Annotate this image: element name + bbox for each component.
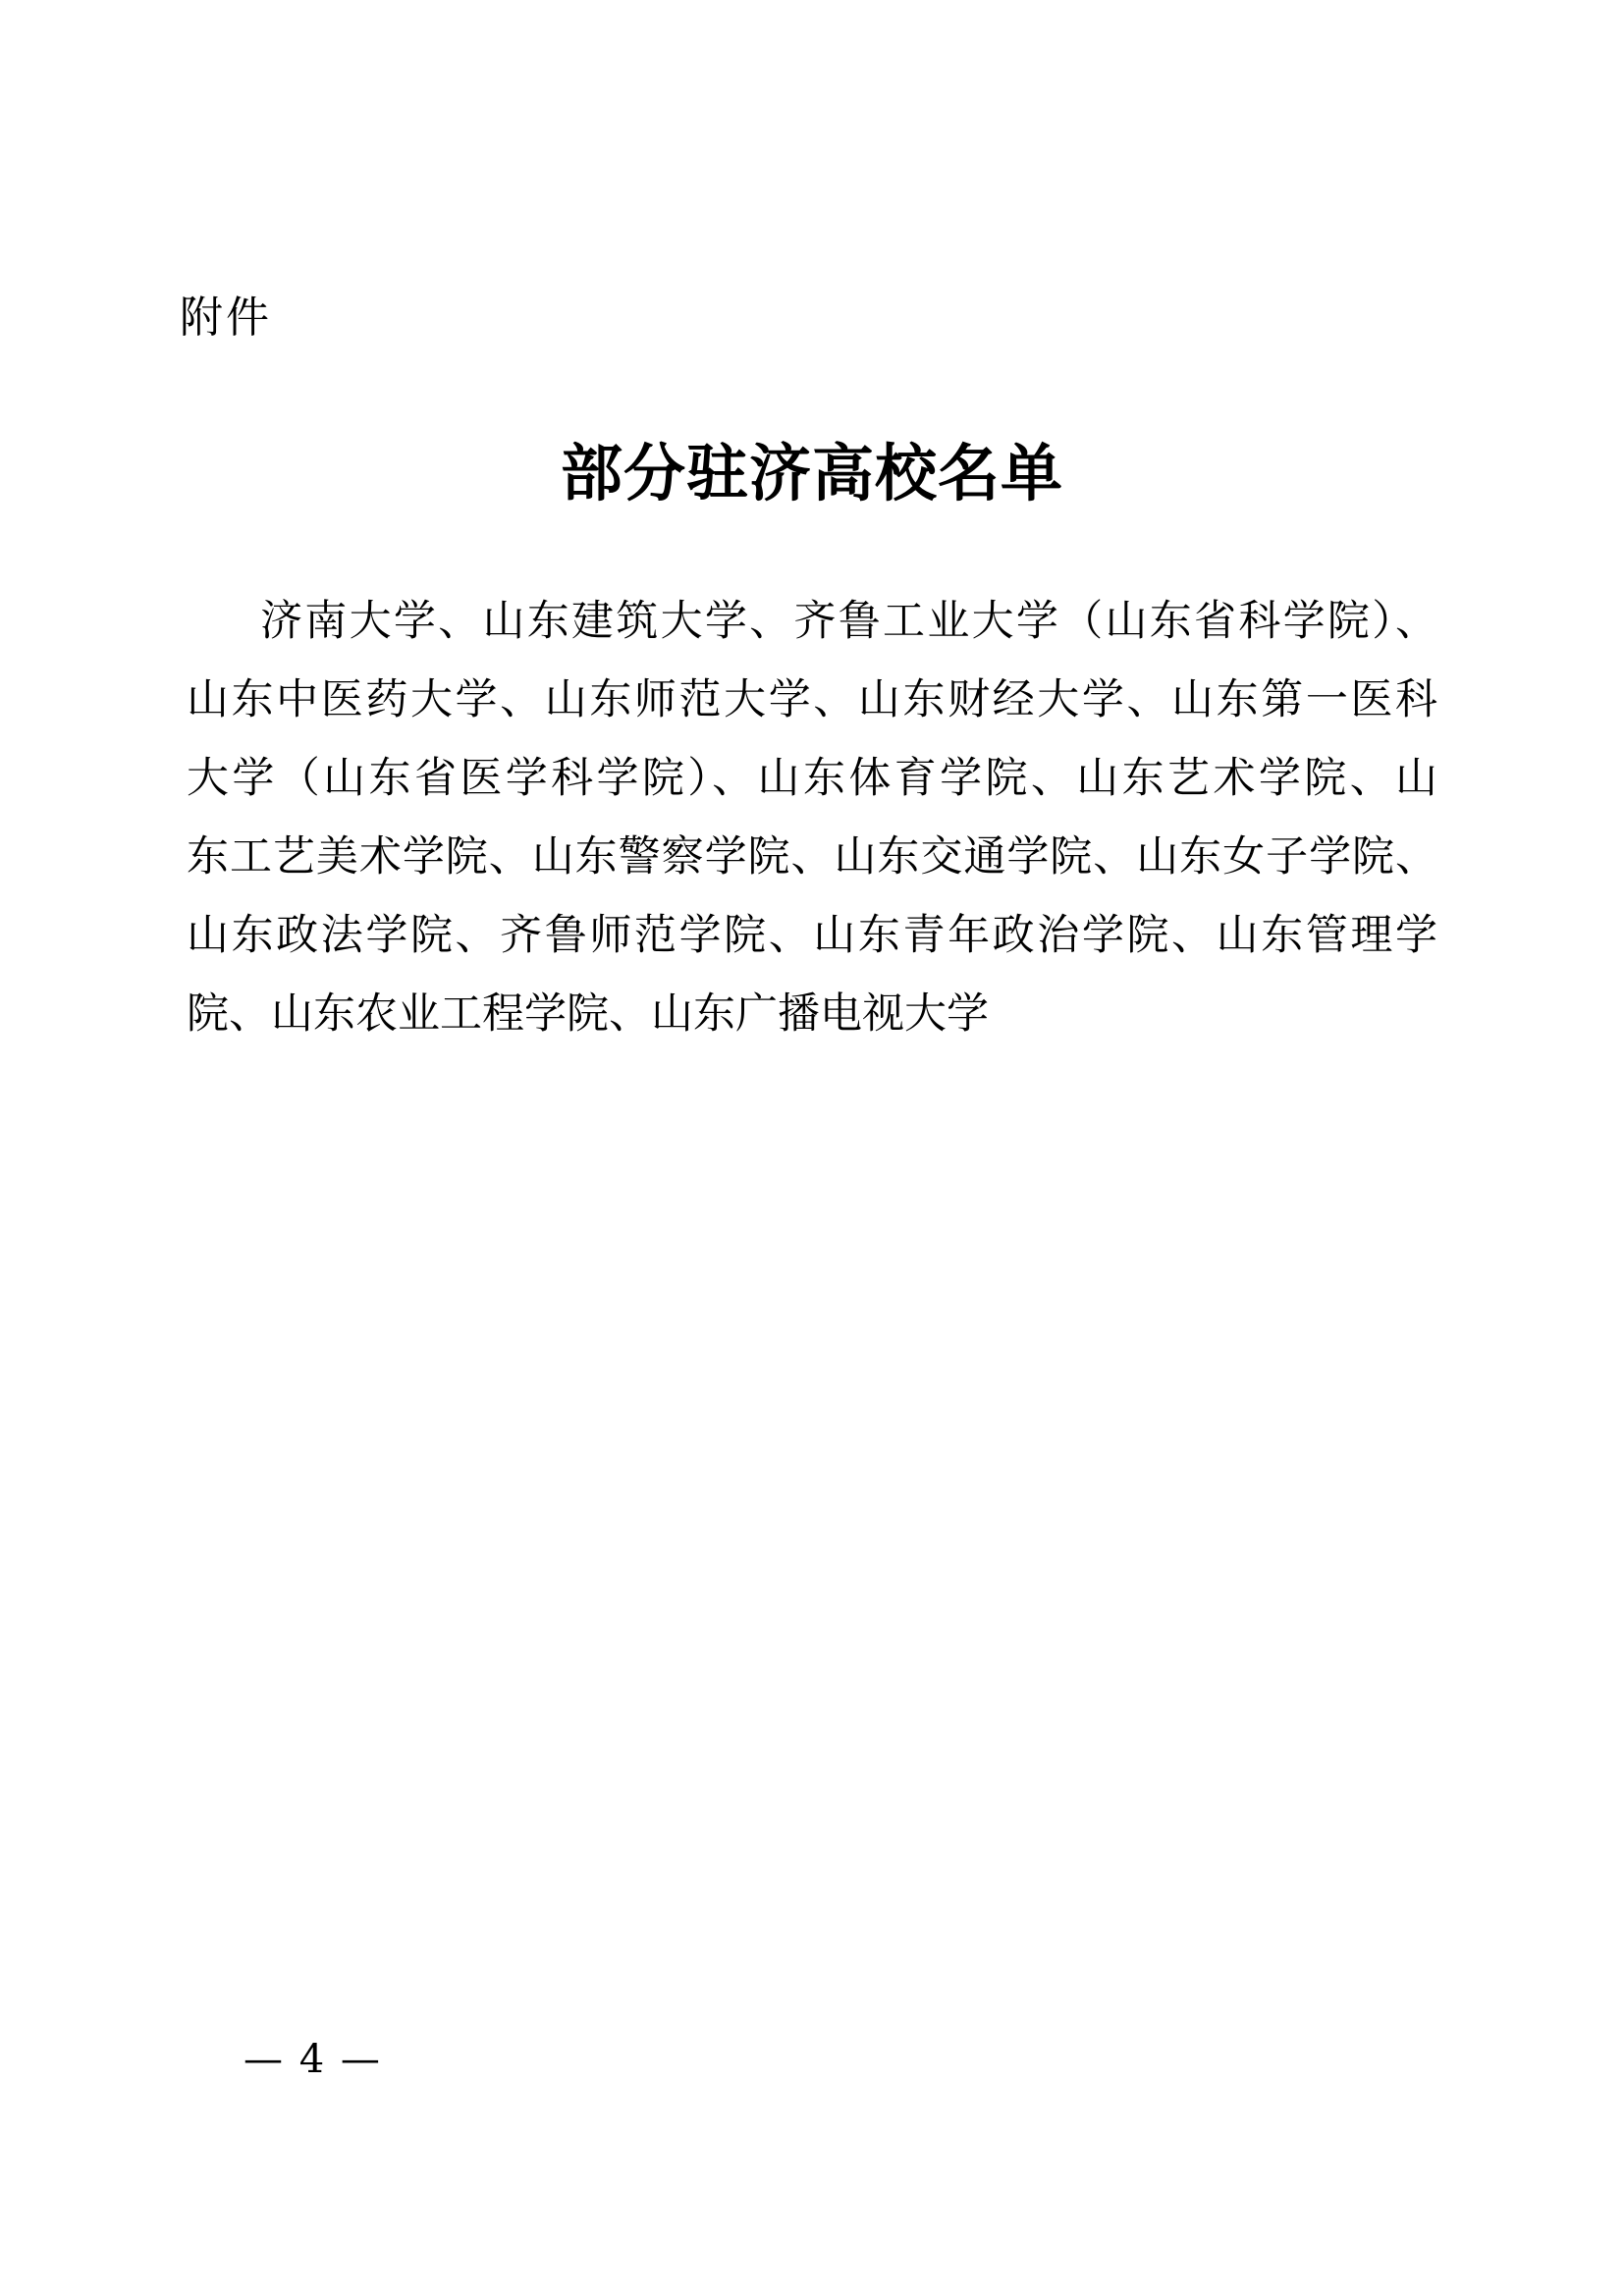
body-line: 东工艺美术学院、山东警察学院、山东交通学院、山东女子学院、 bbox=[187, 818, 1437, 896]
body-line: 山东政法学院、齐鲁师范学院、山东青年政治学院、山东管理学 bbox=[187, 896, 1437, 975]
body-line: 大学（山东省医学科学院）、山东体育学院、山东艺术学院、山 bbox=[187, 739, 1437, 818]
body-line: 济南大学、山东建筑大学、齐鲁工业大学（山东省科学院）、 bbox=[187, 582, 1437, 661]
body-paragraph: 济南大学、山东建筑大学、齐鲁工业大学（山东省科学院）、 山东中医药大学、山东师范… bbox=[187, 582, 1437, 1053]
attachment-label: 附件 bbox=[180, 294, 272, 342]
page-number: — 4 — bbox=[244, 2036, 382, 2083]
body-line: 院、山东农业工程学院、山东广播电视大学 bbox=[187, 975, 1437, 1053]
body-line: 山东中医药大学、山东师范大学、山东财经大学、山东第一医科 bbox=[187, 661, 1437, 739]
document-page: 附件 部分驻济高校名单 济南大学、山东建筑大学、齐鲁工业大学（山东省科学院）、 … bbox=[0, 0, 1624, 2296]
page-title: 部分驻济高校名单 bbox=[0, 438, 1624, 508]
